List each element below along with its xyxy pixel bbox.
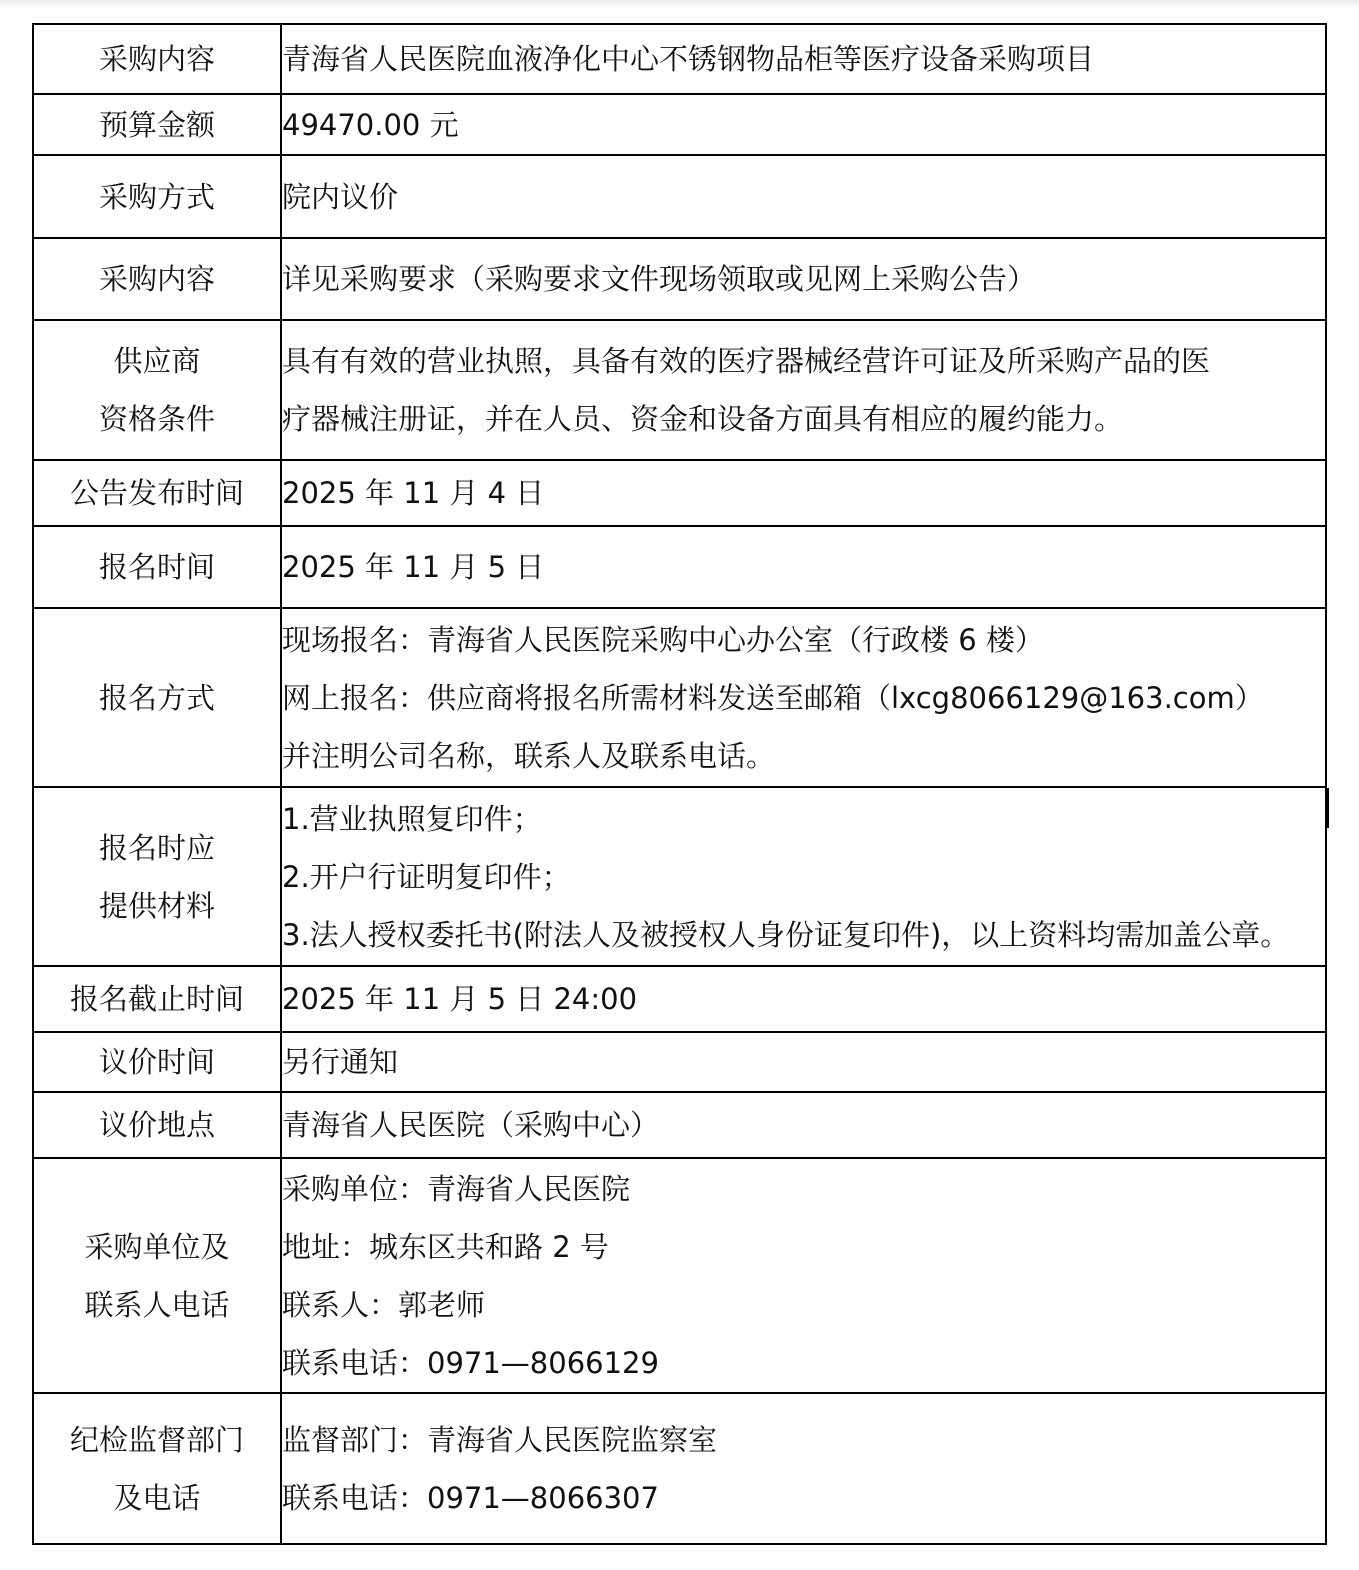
row-value-text: 青海省人民医院血液净化中心不锈钢物品柜等医疗设备采购项目 <box>282 30 1325 88</box>
row-label-cell: 报名方式 <box>33 608 281 787</box>
table-row: 报名方式 现场报名：青海省人民医院采购中心办公室（行政楼 6 楼）网上报名：供应… <box>33 608 1326 787</box>
table-row: 采购内容 详见采购要求（采购要求文件现场领取或见网上采购公告） <box>33 238 1326 320</box>
row-label-cell: 采购方式 <box>33 155 281 238</box>
table-row: 采购内容 青海省人民医院血液净化中心不锈钢物品柜等医疗设备采购项目 <box>33 24 1326 94</box>
row-label-cell: 议价时间 <box>33 1032 281 1092</box>
row-value-cell: 具有有效的营业执照，具备有效的医疗器械经营许可证及所采购产品的医疗器械注册证，并… <box>281 320 1326 460</box>
text-cursor <box>1327 788 1329 828</box>
row-label-text: 公告发布时间 <box>34 464 280 522</box>
row-value-text: 青海省人民医院（采购中心） <box>282 1096 1325 1154</box>
row-value-text: 联系电话：0971—8066307 <box>282 1469 1325 1527</box>
row-value-text: 疗器械注册证，并在人员、资金和设备方面具有相应的履约能力。 <box>282 390 1325 448</box>
row-label-cell: 采购内容 <box>33 24 281 94</box>
row-label-cell: 报名时间 <box>33 526 281 608</box>
row-value-cell: 1.营业执照复印件；2.开户行证明复印件；3.法人授权委托书(附法人及被授权人身… <box>281 787 1326 966</box>
row-label-text: 报名时应 <box>34 819 280 877</box>
row-label-cell: 供应商资格条件 <box>33 320 281 460</box>
row-label-text: 供应商 <box>34 332 280 390</box>
table-row: 采购方式 院内议价 <box>33 155 1326 238</box>
row-value-cell: 院内议价 <box>281 155 1326 238</box>
row-label-text: 采购内容 <box>34 250 280 308</box>
row-label-cell: 报名截止时间 <box>33 966 281 1032</box>
row-label-cell: 采购内容 <box>33 238 281 320</box>
row-value-cell: 2025 年 11 月 4 日 <box>281 460 1326 526</box>
row-label-text: 议价时间 <box>34 1033 280 1091</box>
row-label-text: 报名方式 <box>34 669 280 727</box>
row-value-cell: 另行通知 <box>281 1032 1326 1092</box>
table-row: 报名时间 2025 年 11 月 5 日 <box>33 526 1326 608</box>
row-value-cell: 监督部门：青海省人民医院监察室联系电话：0971—8066307 <box>281 1393 1326 1544</box>
row-value-text: 并注明公司名称，联系人及联系电话。 <box>282 727 1325 785</box>
top-shade <box>0 0 1359 8</box>
row-label-text: 采购单位及 <box>34 1218 280 1276</box>
row-value-text: 现场报名：青海省人民医院采购中心办公室（行政楼 6 楼） <box>282 611 1325 669</box>
row-label-text: 资格条件 <box>34 390 280 448</box>
row-value-text: 采购单位：青海省人民医院 <box>282 1160 1325 1218</box>
row-label-cell: 纪检监督部门及电话 <box>33 1393 281 1544</box>
row-label-text: 议价地点 <box>34 1096 280 1154</box>
row-value-text: 2025 年 11 月 4 日 <box>282 464 1325 522</box>
row-label-text: 采购内容 <box>34 30 280 88</box>
row-value-text: 3.法人授权委托书(附法人及被授权人身份证复印件)，以上资料均需加盖公章。 <box>282 906 1325 964</box>
row-label-text: 采购方式 <box>34 168 280 226</box>
table-row: 报名截止时间 2025 年 11 月 5 日 24:00 <box>33 966 1326 1032</box>
row-value-text: 2.开户行证明复印件； <box>282 848 1325 906</box>
row-value-text: 联系人：郭老师 <box>282 1276 1325 1334</box>
row-label-text: 预算金额 <box>34 96 280 154</box>
table-row: 议价地点 青海省人民医院（采购中心） <box>33 1092 1326 1158</box>
row-value-cell: 采购单位：青海省人民医院地址：城东区共和路 2 号联系人：郭老师联系电话：097… <box>281 1158 1326 1393</box>
procurement-notice-table: 采购内容 青海省人民医院血液净化中心不锈钢物品柜等医疗设备采购项目 预算金额 4… <box>32 23 1327 1545</box>
row-value-text: 监督部门：青海省人民医院监察室 <box>282 1411 1325 1469</box>
row-value-text: 49470.00 元 <box>282 96 1325 154</box>
row-value-cell: 2025 年 11 月 5 日 24:00 <box>281 966 1326 1032</box>
row-value-text: 1.营业执照复印件； <box>282 790 1325 848</box>
row-value-text: 院内议价 <box>282 168 1325 226</box>
row-label-cell: 议价地点 <box>33 1092 281 1158</box>
row-value-text: 具有有效的营业执照，具备有效的医疗器械经营许可证及所采购产品的医 <box>282 332 1325 390</box>
row-label-text: 报名截止时间 <box>34 970 280 1028</box>
row-label-text: 提供材料 <box>34 877 280 935</box>
row-label-text: 纪检监督部门 <box>34 1411 280 1469</box>
row-label-cell: 采购单位及联系人电话 <box>33 1158 281 1393</box>
table-row: 纪检监督部门及电话 监督部门：青海省人民医院监察室联系电话：0971—80663… <box>33 1393 1326 1544</box>
row-label-text: 联系人电话 <box>34 1276 280 1334</box>
row-label-cell: 报名时应提供材料 <box>33 787 281 966</box>
row-label-text: 及电话 <box>34 1469 280 1527</box>
table-row: 供应商资格条件 具有有效的营业执照，具备有效的医疗器械经营许可证及所采购产品的医… <box>33 320 1326 460</box>
row-value-text: 详见采购要求（采购要求文件现场领取或见网上采购公告） <box>282 250 1325 308</box>
table-row: 议价时间 另行通知 <box>33 1032 1326 1092</box>
row-value-cell: 青海省人民医院血液净化中心不锈钢物品柜等医疗设备采购项目 <box>281 24 1326 94</box>
row-value-text: 联系电话：0971—8066129 <box>282 1334 1325 1392</box>
row-value-text: 2025 年 11 月 5 日 <box>282 538 1325 596</box>
table-row: 报名时应提供材料 1.营业执照复印件；2.开户行证明复印件；3.法人授权委托书(… <box>33 787 1326 966</box>
row-value-cell: 现场报名：青海省人民医院采购中心办公室（行政楼 6 楼）网上报名：供应商将报名所… <box>281 608 1326 787</box>
row-value-text: 网上报名：供应商将报名所需材料发送至邮箱（lxcg8066129@163.com… <box>282 669 1325 727</box>
row-label-text: 报名时间 <box>34 538 280 596</box>
row-value-cell: 2025 年 11 月 5 日 <box>281 526 1326 608</box>
row-value-cell: 青海省人民医院（采购中心） <box>281 1092 1326 1158</box>
row-value-cell: 详见采购要求（采购要求文件现场领取或见网上采购公告） <box>281 238 1326 320</box>
row-label-cell: 预算金额 <box>33 94 281 155</box>
table-row: 预算金额 49470.00 元 <box>33 94 1326 155</box>
row-value-text: 地址：城东区共和路 2 号 <box>282 1218 1325 1276</box>
row-value-cell: 49470.00 元 <box>281 94 1326 155</box>
table-body: 采购内容 青海省人民医院血液净化中心不锈钢物品柜等医疗设备采购项目 预算金额 4… <box>33 24 1326 1544</box>
table-row: 公告发布时间 2025 年 11 月 4 日 <box>33 460 1326 526</box>
table-row: 采购单位及联系人电话 采购单位：青海省人民医院地址：城东区共和路 2 号联系人：… <box>33 1158 1326 1393</box>
row-value-text: 另行通知 <box>282 1033 1325 1091</box>
row-value-text: 2025 年 11 月 5 日 24:00 <box>282 970 1325 1028</box>
row-label-cell: 公告发布时间 <box>33 460 281 526</box>
